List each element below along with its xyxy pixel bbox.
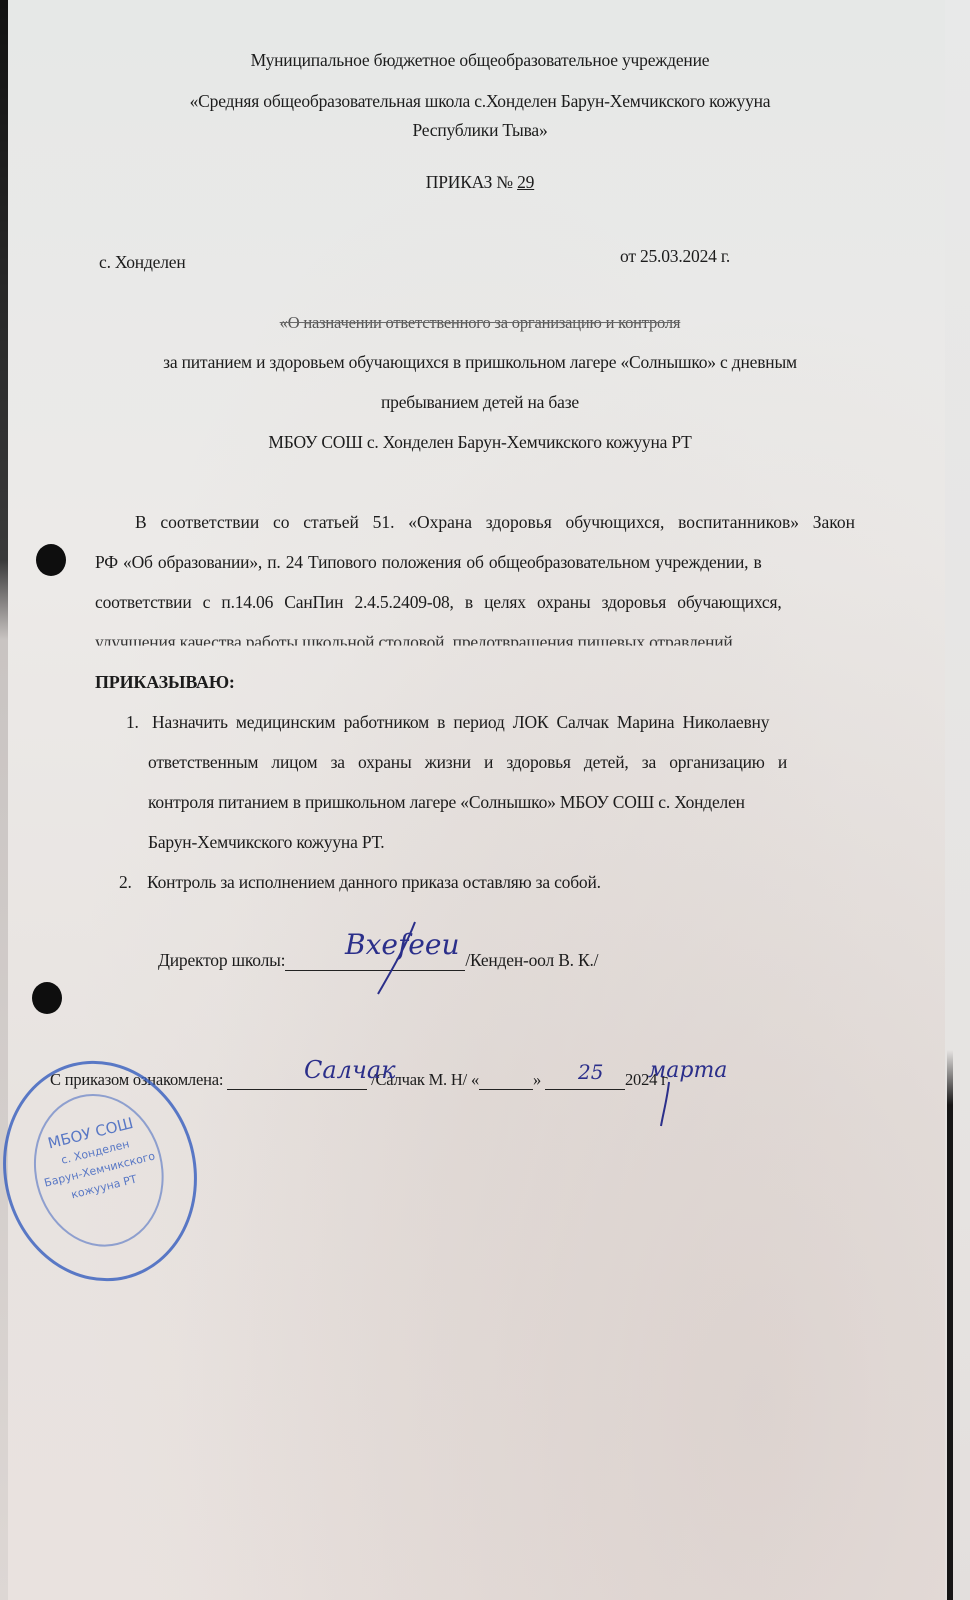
ack-day: 25 [578,1060,603,1084]
subject-line-2: за питанием и здоровьем обучающихся в пр… [0,352,960,373]
item-line: Контроль за исполнением данного приказа … [147,872,601,893]
subject-line-3: пребыванием детей на базе [0,392,960,413]
order-date: от 25.03.2024 г. [620,246,730,267]
background-left-edge [0,0,8,1600]
order-label: ПРИКАЗ № [426,172,513,192]
month-stroke [655,1080,675,1130]
place: с. Хонделен [99,252,186,273]
org-line-2: «Средняя общеобразовательная школа с.Хон… [0,91,960,112]
day-line [479,1071,533,1090]
order-title: ПРИКАЗ № 29 [0,172,960,193]
quote-close: » [533,1070,541,1089]
subject-line-1: «О назначении ответственного за организа… [0,313,960,333]
punch-hole [32,982,62,1014]
org-line-1: Муниципальное бюджетное общеобразователь… [0,50,960,71]
signature-stroke [360,918,420,998]
punch-hole [36,544,66,576]
preamble-line: соответствии с п.14.06 СанПин 2.4.5.2409… [95,592,782,613]
ack-signature: Салчак [304,1056,396,1084]
paper-edge-shadow [947,1050,953,1600]
item-number: 2. [119,872,132,893]
order-number: 29 [517,172,534,192]
item-line: Барун-Хемчикского кожууна РТ. [148,832,384,853]
preamble-line: Всоответствиисостатьей51.«Охраназдоровья… [135,512,855,533]
director-name: /Кенден-оол В. К./ [465,950,598,970]
subject-line-4: МБОУ СОШ с. Хонделен Барун-Хемчикского к… [0,432,960,453]
item-line: ответственным лицом за охраны жизни и зд… [148,752,787,773]
item-line: Назначить медицинским работником в перио… [152,712,769,733]
item-line: контроля питанием в пришкольном лагере «… [148,792,745,813]
item-number: 1. [126,712,139,733]
preamble-line: РФ «Об образовании», п. 24 Типового поло… [95,552,762,573]
order-heading: ПРИКАЗЫВАЮ: [95,672,235,693]
quote-open: « [471,1070,479,1089]
director-label: Директор школы: [158,950,285,970]
org-line-3: Республики Тыва» [0,120,960,141]
